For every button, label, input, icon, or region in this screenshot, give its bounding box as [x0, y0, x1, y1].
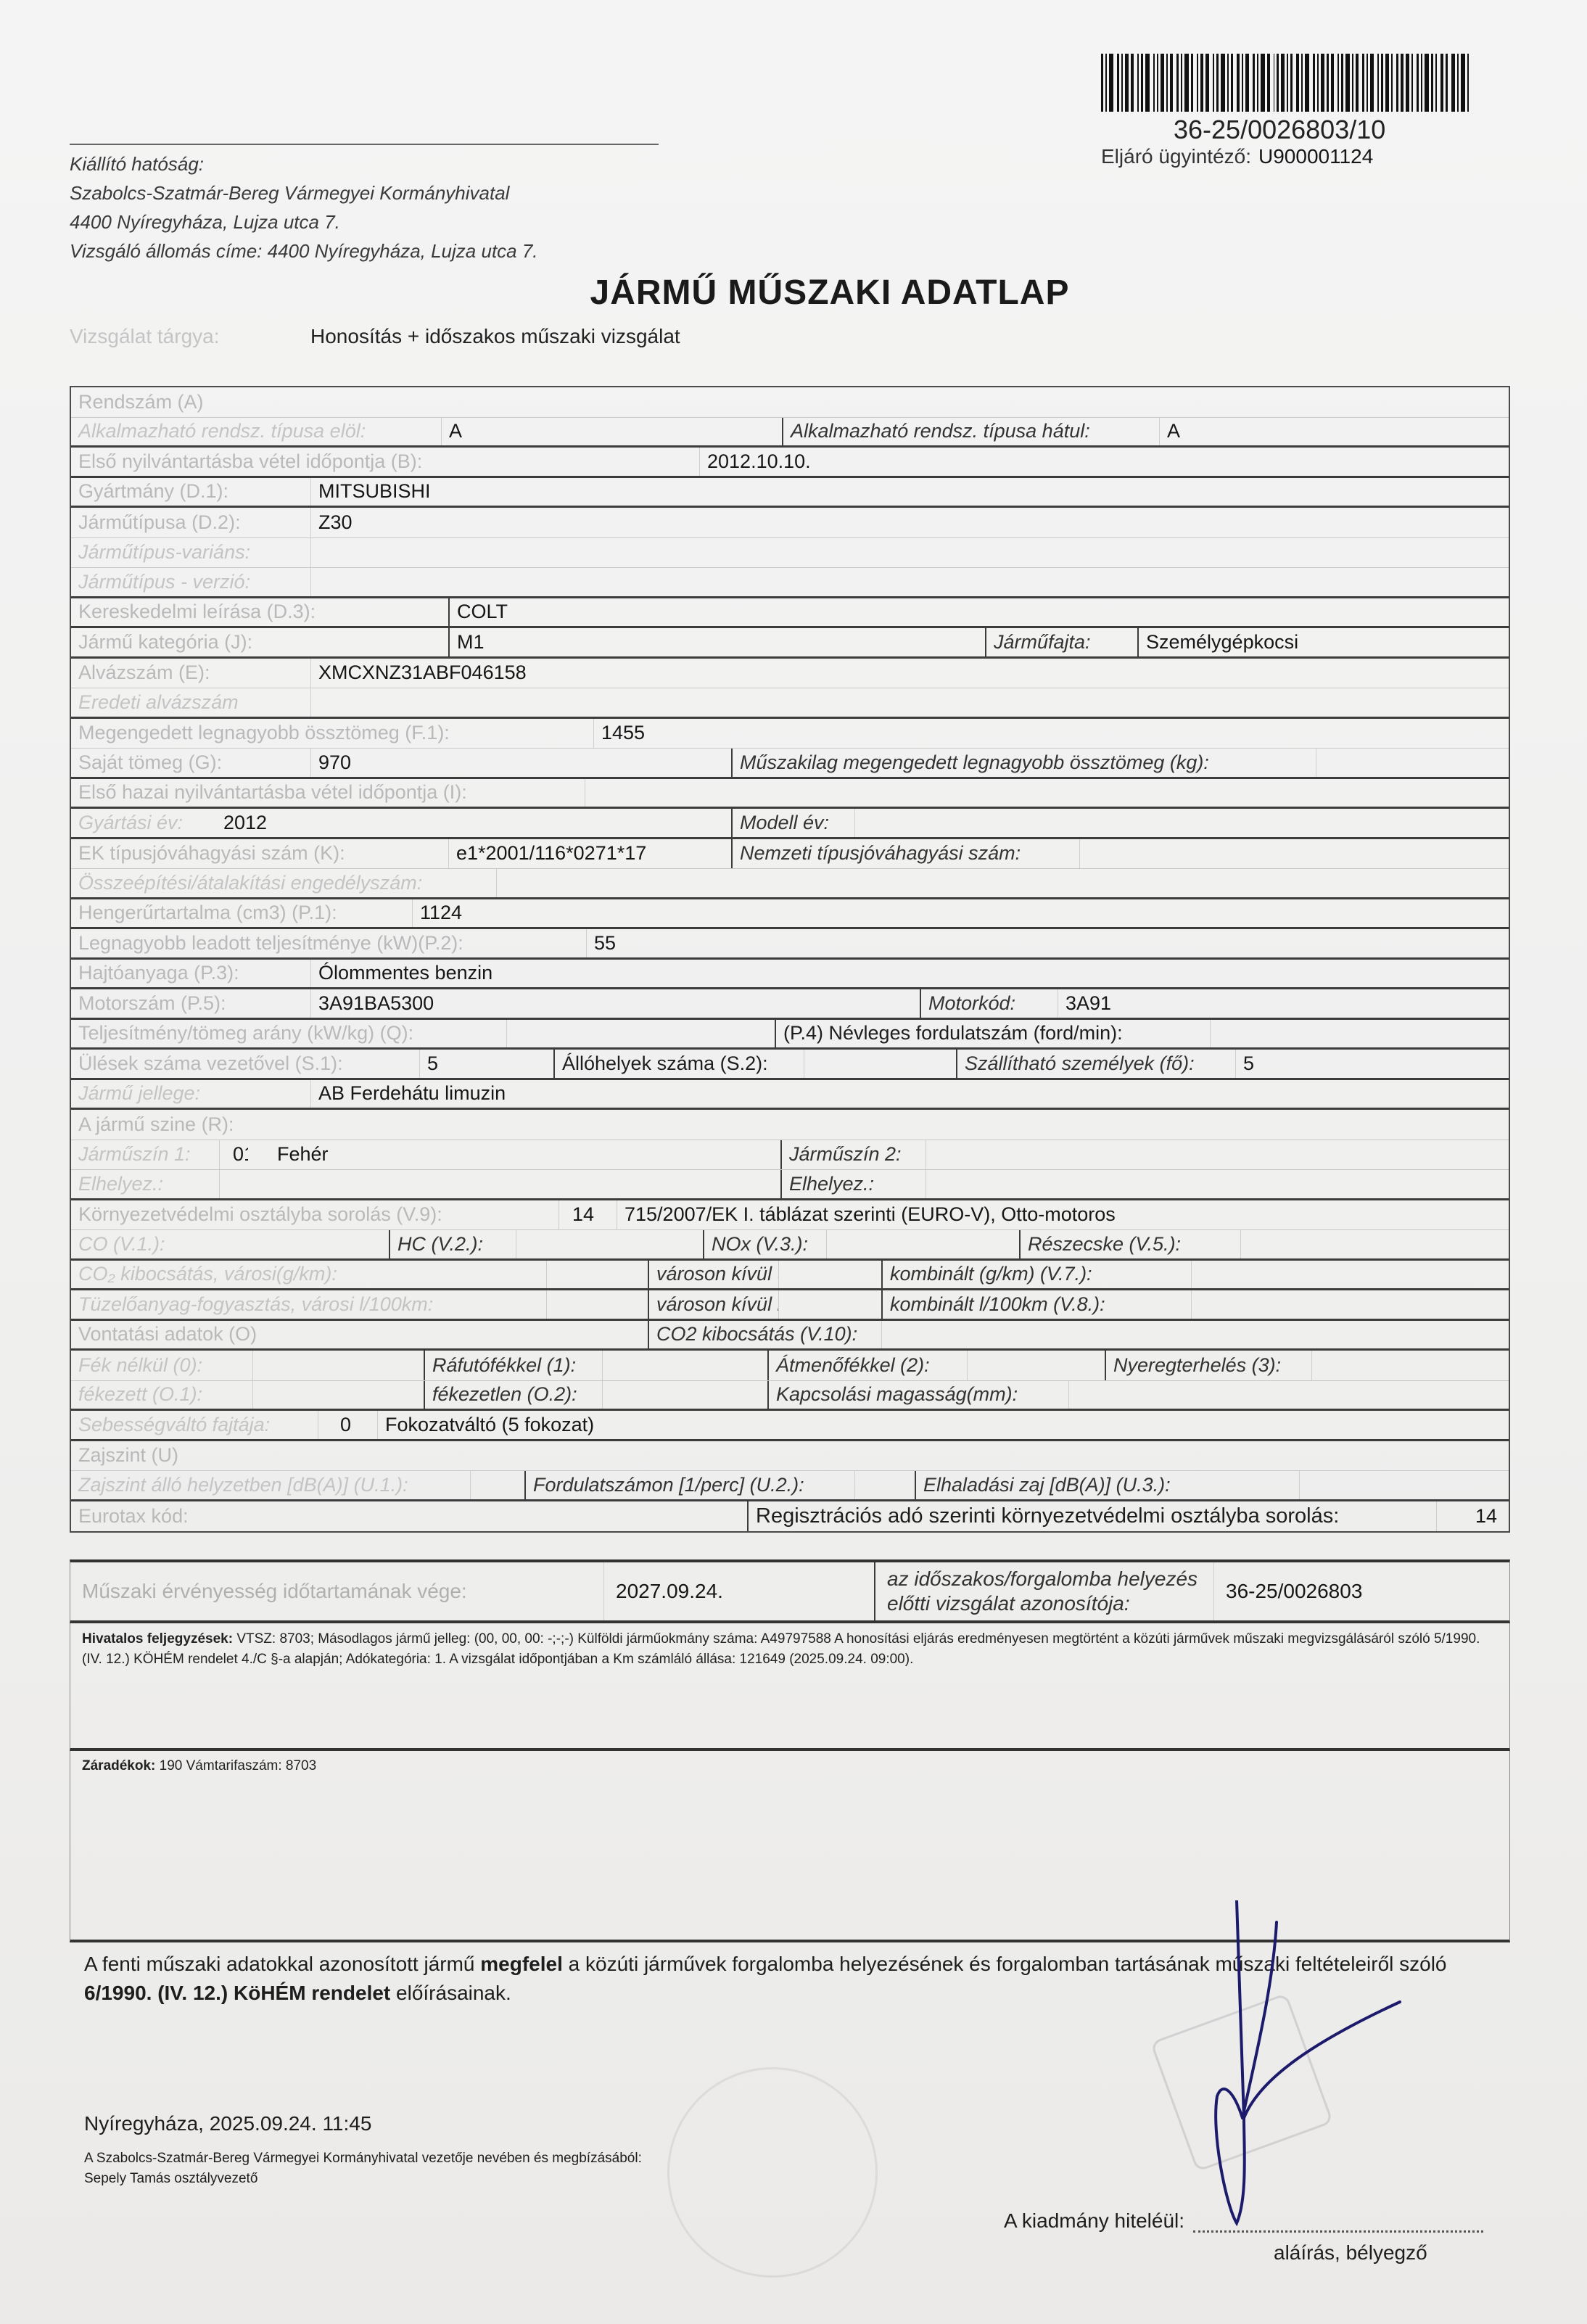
- national-approval-value: [1079, 839, 1509, 869]
- row-ec-approval: EK típusjóváhagyási szám (K): e1*2001/11…: [71, 839, 1509, 870]
- row-power: Legnagyobb leadott teljesítménye (kW)(P.…: [71, 929, 1509, 960]
- row-brakes: Fék nélkül (0): Ráfutófékkel (1): Átmenő…: [71, 1351, 1509, 1381]
- model-year-label: Modell év:: [731, 809, 854, 837]
- braked-value: [252, 1381, 424, 1409]
- barcode-bar: [1356, 54, 1359, 112]
- noise-stat-value: [470, 1471, 524, 1499]
- barcode-bar: [1205, 54, 1209, 112]
- passengers-value: 5: [1235, 1050, 1509, 1078]
- engine-no-value: 3A91BA5300: [310, 989, 920, 1018]
- fuel-value: Ólommentes benzin: [310, 960, 1509, 988]
- unbraked-label: fékezetlen (O.2):: [424, 1381, 602, 1409]
- notes-text: VTSZ: 8703; Másodlagos jármű jelleg: (00…: [82, 1631, 1480, 1667]
- power-value: 55: [586, 929, 1509, 957]
- row-engine: Motorszám (P.5): 3A91BA5300 Motorkód: 3A…: [71, 989, 1509, 1020]
- trade-value: COLT: [448, 598, 1509, 627]
- co2-comb-value: [1191, 1261, 1509, 1289]
- own-mass-label: Saját tömeg (G):: [71, 749, 310, 777]
- attestation-line: A kiadmány hiteléül:: [1004, 2209, 1483, 2233]
- nobrake-value: [252, 1351, 424, 1380]
- rpm-label: (P.4) Névleges fordulatszám (ford/min):: [775, 1020, 1210, 1048]
- barcode-bar: [1242, 54, 1243, 112]
- barcode-bar: [1313, 54, 1315, 112]
- noise-label: Zajszint (U): [71, 1441, 361, 1471]
- barcode-bar: [1461, 54, 1465, 112]
- placement1-label: Elhelyez.:: [71, 1170, 219, 1198]
- row-year: Gyártási év: 2012 Modell év:: [71, 809, 1509, 839]
- saddle-label: Nyeregterhelés (3):: [1105, 1351, 1311, 1380]
- barcode-bar: [1290, 54, 1293, 112]
- placement1-value: [219, 1170, 780, 1198]
- barcode-bar: [1367, 54, 1368, 112]
- barcode-bar: [1221, 54, 1225, 112]
- row-emissions: CO (V.1.): HC (V.2.): NOx (V.3.): Részec…: [71, 1230, 1509, 1261]
- color2-value: [926, 1140, 1509, 1170]
- signature-icon: [1088, 1900, 1465, 2263]
- power-label: Legnagyobb leadott teljesítménye (kW)(P.…: [71, 929, 586, 957]
- barcode-bar: [1337, 54, 1339, 112]
- barcode-bar: [1296, 54, 1299, 112]
- barcode-bar: [1281, 54, 1285, 112]
- row-vin: Alvázszám (E): XMCXNZ31ABF046158: [71, 659, 1509, 689]
- displacement-value: 1124: [412, 899, 1509, 928]
- barcode-bar: [1176, 54, 1179, 112]
- inspection-label-line1: az időszakos/forgalomba helyezés: [887, 1567, 1198, 1591]
- through-label: Átmenőfékkel (2):: [767, 1351, 967, 1380]
- noise-rpm-label: Fordulatszámon [1/perc] (U.2.):: [524, 1471, 854, 1499]
- row-color: A jármű szine (R):: [71, 1110, 1509, 1140]
- orig-vin-label: Eredeti alvázszám: [71, 688, 310, 717]
- engine-code-value: 3A91: [1058, 989, 1509, 1018]
- conversion-label: Összeépítési/átalakítási engedélyszám:: [71, 869, 496, 897]
- category-label: Jármű kategória (J):: [71, 628, 448, 656]
- official-notes: Hivatalos feljegyzések: VTSZ: 8703; Máso…: [70, 1623, 1510, 1751]
- row-eurotax: Eurotax kód: Regisztrációs adó szerinti …: [71, 1501, 1509, 1532]
- nox-label: NOx (V.3.):: [703, 1230, 826, 1258]
- seats-label: Ülések száma vezetővel (S.1):: [71, 1050, 419, 1078]
- conformity-text-3: előírásainak.: [390, 1982, 511, 2004]
- seats-value: 5: [419, 1050, 553, 1078]
- conformity-regulation: 6/1990. (IV. 12.) KöHÉM rendelet: [84, 1982, 390, 2004]
- barcode-bar: [1181, 54, 1182, 112]
- barcode-bar: [1411, 54, 1413, 112]
- gearbox-code: 0: [318, 1411, 377, 1439]
- noise-pass-label: Elhaladási zaj [dB(A)] (U.3.):: [915, 1471, 1299, 1499]
- first-dom-reg-label: Első hazai nyilvántartásba vétel időpont…: [71, 779, 585, 807]
- row-plate-types: Alkalmazható rendsz. típusa elöl: A Alka…: [71, 418, 1509, 448]
- gearbox-label: Sebességváltó fajtája:: [71, 1411, 318, 1439]
- barcode-bar: [1287, 54, 1288, 112]
- barcode-bar: [1253, 54, 1255, 112]
- row-color-1: Járműszín 1: 01 Fehér Járműszín 2:: [71, 1140, 1509, 1171]
- validity-block: Műszaki érvényesség időtartamának vége: …: [70, 1559, 1510, 1623]
- type-label: Járműtípusa (D.2):: [71, 508, 310, 537]
- max-mass-value: 1455: [593, 719, 1509, 749]
- barcode-bar: [1170, 54, 1173, 112]
- behalf-block: A Szabolcs-Szatmár-Bereg Vármegyei Kormá…: [84, 2148, 642, 2189]
- row-max-mass: Megengedett legnagyobb össztömeg (F.1): …: [71, 719, 1509, 749]
- barcode-bar: [1213, 54, 1214, 112]
- conformity-verdict: megfelel: [480, 1953, 563, 1975]
- reg-tax-value: 14: [1436, 1501, 1509, 1532]
- national-approval-label: Nemzeti típusjóváhagyási szám:: [731, 839, 1079, 869]
- env-class-code: 14: [558, 1200, 617, 1230]
- header-rule: [70, 144, 659, 145]
- row-make: Gyártmány (D.1): MITSUBISHI: [71, 478, 1509, 508]
- barcode-bar: [1321, 54, 1324, 112]
- noise-rpm-value: [854, 1471, 915, 1499]
- co2-extra-label: városon kívül (g/km):: [648, 1261, 778, 1289]
- barcode-bar: [1121, 54, 1123, 112]
- clerk-value: U900001124: [1258, 145, 1373, 168]
- plate-label: Rendszám (A): [71, 387, 204, 417]
- document-page: Kiállító hatóság: Szabolcs-Szatmár-Bereg…: [0, 0, 1587, 2324]
- max-mass-label: Megengedett legnagyobb össztömeg (F.1):: [71, 719, 593, 749]
- inspection-id-label: az időszakos/forgalomba helyezés előtti …: [874, 1562, 1213, 1620]
- barcode-bar: [1417, 54, 1419, 112]
- eurotax-label: Eurotax kód:: [71, 1501, 747, 1532]
- barcode-bar: [1431, 54, 1433, 112]
- validity-value: 2027.09.24.: [603, 1562, 874, 1620]
- row-own-mass: Saját tömeg (G): 970 Műszakilag megenged…: [71, 749, 1509, 779]
- env-class-label: Környezetvédelmi osztályba sorolás (V.9)…: [71, 1200, 558, 1230]
- fuel-city-label: Tüzelőanyag-fogyasztás, városi l/100km:: [71, 1290, 546, 1319]
- barcode-bar: [1377, 54, 1379, 112]
- barcode-bar: [1385, 54, 1390, 112]
- plate-rear-value: A: [1159, 418, 1509, 446]
- tech-max-mass-label: Műszakilag megengedett legnagyobb össztö…: [731, 749, 1316, 777]
- row-displacement: Hengerűrtartalma (cm3) (P.1): 1124: [71, 899, 1509, 930]
- row-version: Járműtípus - verzió:: [71, 568, 1509, 598]
- own-mass-value: 970: [310, 749, 731, 777]
- barcode-bar: [1145, 54, 1150, 112]
- row-power-mass: Teljesítmény/tömeg arány (kW/kg) (Q): (P…: [71, 1020, 1509, 1050]
- barcode-bar: [1191, 54, 1193, 112]
- power-mass-label: Teljesítmény/tömeg arány (kW/kg) (Q):: [71, 1020, 506, 1048]
- barcode-bar: [1257, 54, 1258, 112]
- barcode-bar: [1440, 54, 1443, 112]
- color-label: A jármű szine (R):: [71, 1110, 434, 1140]
- place-date: Nyíregyháza, 2025.09.24. 11:45: [84, 2112, 371, 2135]
- barcode-bar: [1362, 54, 1364, 112]
- barcode-bar: [1267, 54, 1270, 112]
- barcode-bar: [1274, 54, 1275, 112]
- variant-value: [310, 538, 1509, 568]
- fuel-comb-value: [1191, 1290, 1509, 1319]
- barcode-bar: [1231, 54, 1233, 112]
- barcode-bar: [1157, 54, 1159, 112]
- year-label: Gyártási év:: [71, 809, 216, 837]
- station-address: Vizsgáló állomás címe: 4400 Nyíregyháza,…: [70, 236, 538, 265]
- placement2-value: [926, 1170, 1509, 1198]
- engine-code-label: Motorkód:: [920, 989, 1058, 1018]
- model-year-value: [854, 809, 1509, 837]
- row-gearbox: Sebességváltó fajtája: 0 Fokozatváltó (5…: [71, 1411, 1509, 1441]
- rpm-value: [1210, 1020, 1509, 1048]
- gearbox-value: Fokozatváltó (5 fokozat): [377, 1411, 1509, 1439]
- noise-stat-label: Zajszint álló helyzetben [dB(A)] (U.1.):: [71, 1471, 470, 1499]
- row-conversion: Összeépítési/átalakítási engedélyszám:: [71, 869, 1509, 899]
- barcode-bar: [1200, 54, 1203, 112]
- coupling-value: [1068, 1381, 1509, 1409]
- barcode-bar: [1352, 54, 1353, 112]
- barcode-bar: [1153, 54, 1155, 112]
- fuel-city-value: [546, 1290, 648, 1319]
- first-dom-reg-value: [585, 779, 1509, 807]
- row-trailer-mass: fékezett (O.1): fékezetlen (O.2): Kapcso…: [71, 1381, 1509, 1412]
- issuer-address: 4400 Nyíregyháza, Lujza utca 7.: [70, 207, 538, 236]
- barcode-bar: [1391, 54, 1393, 112]
- nobrake-label: Fék nélkül (0):: [71, 1351, 252, 1380]
- color2-label: Járműszín 2:: [780, 1140, 926, 1170]
- behalf-text: A Szabolcs-Szatmár-Bereg Vármegyei Kormá…: [84, 2148, 642, 2169]
- year-value: 2012: [216, 809, 731, 837]
- row-variant: Járműtípus-variáns:: [71, 538, 1509, 569]
- ec-approval-label: EK típusjóváhagyási szám (K):: [71, 839, 448, 869]
- issuer-label: Kiállító hatóság:: [70, 149, 538, 178]
- plate-front-value: A: [441, 418, 782, 446]
- barcode-bar: [1446, 54, 1448, 112]
- towing-label: Vontatási adatok (O): [71, 1321, 648, 1349]
- issuer-block: Kiállító hatóság: Szabolcs-Szatmár-Bereg…: [70, 149, 538, 265]
- standing-label: Állóhelyek száma (S.2):: [553, 1050, 804, 1078]
- row-seats: Ülések száma vezetővel (S.1): 5 Állóhely…: [71, 1050, 1509, 1080]
- fuel-comb-label: kombinált l/100km (V.8.):: [881, 1290, 1191, 1319]
- barcode-bar: [1451, 54, 1455, 112]
- type-value: Z30: [310, 508, 1509, 537]
- unbraked-value: [602, 1381, 767, 1409]
- power-mass-value: [506, 1020, 775, 1048]
- barcode-bar: [1261, 54, 1265, 112]
- fuel-extra-value: [778, 1290, 881, 1319]
- row-noise: Zajszint (U): [71, 1441, 1509, 1472]
- co-label: CO (V.1.):: [71, 1230, 389, 1258]
- hc-label: HC (V.2.):: [389, 1230, 516, 1258]
- ec-approval-value: e1*2001/116*0271*17: [448, 839, 731, 869]
- version-value: [310, 568, 1509, 596]
- barcode-bar: [1184, 54, 1189, 112]
- conversion-value: [496, 869, 1509, 897]
- document-number: 36-25/0026803/10: [1174, 115, 1385, 145]
- barcode-bar: [1137, 54, 1139, 112]
- official-seal-icon: [667, 2067, 878, 2278]
- color1-code: 01: [219, 1140, 248, 1170]
- displacement-label: Hengerűrtartalma (cm3) (P.1):: [71, 899, 412, 928]
- first-reg-value: 2012.10.10.: [699, 448, 1509, 476]
- fuel-label: Hajtóanyaga (P.3):: [71, 960, 310, 988]
- barcode-bar: [1141, 54, 1143, 112]
- row-first-registration: Első nyilvántartásba vétel időpontja (B)…: [71, 448, 1509, 478]
- particle-label: Részecske (V.5.):: [1019, 1230, 1240, 1258]
- barcode-bar: [1277, 54, 1279, 112]
- barcode-bar: [1457, 54, 1459, 112]
- officer-name: Sepely Tamás osztályvezető: [84, 2169, 642, 2189]
- body-value: AB Ferdehátu limuzin: [310, 1080, 1509, 1108]
- body-label: Jármű jellege:: [71, 1080, 310, 1108]
- row-trade-name: Kereskedelmi leírása (D.3): COLT: [71, 598, 1509, 629]
- co2-extra-value: [778, 1261, 881, 1289]
- kind-label: Járműfajta:: [985, 628, 1137, 656]
- tech-max-mass-value: [1316, 749, 1509, 777]
- barcode-bar: [1341, 54, 1343, 112]
- orig-vin-value: [310, 688, 1509, 717]
- barcode-bar: [1109, 54, 1113, 112]
- barcode-bar: [1381, 54, 1383, 112]
- vin-label: Alvázszám (E):: [71, 659, 310, 688]
- barcode-bar: [1467, 54, 1469, 112]
- barcode-bar: [1216, 54, 1219, 112]
- vin-value: XMCXNZ31ABF046158: [310, 659, 1509, 688]
- plate-rear-label: Alkalmazható rendsz. típusa hátul:: [782, 418, 1159, 446]
- subject-value: Honosítás + időszakos műszaki vizsgálat: [310, 325, 680, 347]
- passengers-label: Szállítható személyek (fő):: [956, 1050, 1235, 1078]
- row-body: Jármű jellege: AB Ferdehátu limuzin: [71, 1080, 1509, 1111]
- env-class-value: 715/2007/EK I. táblázat szerinti (EURO-V…: [617, 1200, 1509, 1230]
- signature-dotted-line: [1193, 2215, 1483, 2233]
- row-first-domestic-reg: Első hazai nyilvántartásba vétel időpont…: [71, 779, 1509, 809]
- barcode-bar: [1197, 54, 1198, 112]
- inspection-subject: Vizsgálat tárgya:Honosítás + időszakos m…: [70, 325, 680, 348]
- row-type: Járműtípusa (D.2): Z30: [71, 508, 1509, 538]
- fuel-extra-label: városon kívül l/100km:: [648, 1290, 778, 1319]
- barcode-bar: [1245, 54, 1249, 112]
- subject-label: Vizsgálat tárgya:: [70, 325, 310, 348]
- barcode-bar: [1435, 54, 1437, 112]
- barcode-bar: [1396, 54, 1398, 112]
- barcode-bar: [1425, 54, 1429, 112]
- first-reg-label: Első nyilvántartásba vétel időpontja (B)…: [71, 448, 699, 476]
- barcode-bar: [1317, 54, 1319, 112]
- issuer-name: Szabolcs-Szatmár-Bereg Vármegyei Kormány…: [70, 178, 538, 207]
- barcode-bar: [1101, 54, 1103, 112]
- co2-v10-label: CO2 kibocsátás (V.10):: [648, 1321, 881, 1349]
- kind-value: Személygépkocsi: [1137, 628, 1509, 656]
- coupling-label: Kapcsolási magasság(mm):: [767, 1381, 1068, 1409]
- row-original-vin: Eredeti alvázszám: [71, 688, 1509, 719]
- barcode-bar: [1237, 54, 1240, 112]
- standing-value: [804, 1050, 956, 1078]
- clerk-label: Eljáró ügyintéző:: [1101, 145, 1251, 168]
- barcode-bar: [1166, 54, 1168, 112]
- braked-label: fékezett (O.1):: [71, 1381, 252, 1409]
- row-placement: Elhelyez.: Elhelyez.:: [71, 1170, 1509, 1200]
- barcode-bar: [1117, 54, 1119, 112]
- reg-tax-label: Regisztrációs adó szerinti környezetvéde…: [747, 1501, 1436, 1532]
- vehicle-data-table: Rendszám (A) Alkalmazható rendsz. típusa…: [70, 386, 1510, 1533]
- row-plate: Rendszám (A): [71, 387, 1509, 418]
- barcode-bar: [1327, 54, 1329, 112]
- engine-no-label: Motorszám (P.5):: [71, 989, 310, 1018]
- barcode: [1101, 54, 1471, 112]
- row-env-class: Környezetvédelmi osztályba sorolás (V.9)…: [71, 1200, 1509, 1231]
- barcode-bar: [1305, 54, 1309, 112]
- row-category: Jármű kategória (J): M1 Járműfajta: Szem…: [71, 628, 1509, 659]
- barcode-bar: [1345, 54, 1350, 112]
- barcode-bar: [1131, 54, 1134, 112]
- nox-value: [826, 1230, 1019, 1258]
- barcode-bar: [1421, 54, 1422, 112]
- notes-label: Hivatalos feljegyzések:: [82, 1631, 233, 1647]
- overrun-value: [602, 1351, 767, 1380]
- version-label: Járműtípus - verzió:: [71, 568, 310, 596]
- overrun-label: Ráfutófékkel (1):: [424, 1351, 602, 1380]
- make-label: Gyártmány (D.1):: [71, 478, 310, 506]
- noise-pass-value: [1299, 1471, 1509, 1499]
- clauses-label: Záradékok:: [82, 1758, 155, 1773]
- saddle-value: [1311, 1351, 1509, 1380]
- barcode-bar: [1406, 54, 1409, 112]
- placement2-label: Elhelyez.:: [780, 1170, 926, 1198]
- validity-label: Műszaki érvényesség időtartamának vége:: [70, 1562, 603, 1620]
- inspection-id-value: 36-25/0026803: [1213, 1562, 1509, 1620]
- row-fuel-consumption: Tüzelőanyag-fogyasztás, városi l/100km: …: [71, 1290, 1509, 1321]
- row-noise-values: Zajszint álló helyzetben [dB(A)] (U.1.):…: [71, 1471, 1509, 1501]
- trade-label: Kereskedelmi leírása (D.3):: [71, 598, 448, 627]
- co2-v10-value: [881, 1321, 1509, 1349]
- co2-city-value: [546, 1261, 648, 1289]
- row-fuel: Hajtóanyaga (P.3): Ólommentes benzin: [71, 960, 1509, 990]
- particle-value: [1240, 1230, 1509, 1258]
- plate-front-label: Alkalmazható rendsz. típusa elöl:: [71, 418, 441, 446]
- conformity-text-1: A fenti műszaki adatokkal azonosított já…: [84, 1953, 480, 1975]
- barcode-bar: [1125, 54, 1129, 112]
- inspection-label-line2: előtti vizsgálat azonosítója:: [887, 1591, 1130, 1616]
- barcode-bar: [1105, 54, 1107, 112]
- barcode-bar: [1370, 54, 1374, 112]
- clerk-line: Eljáró ügyintéző:U900001124: [1101, 145, 1373, 168]
- signature-caption: aláírás, bélyegző: [1274, 2241, 1427, 2265]
- hc-value: [516, 1230, 703, 1258]
- barcode-bar: [1161, 54, 1164, 112]
- barcode-bar: [1331, 54, 1334, 112]
- co2-city-label: CO₂ kibocsátás, városi(g/km):: [71, 1261, 546, 1289]
- co2-comb-label: kombinált (g/km) (V.7.):: [881, 1261, 1191, 1289]
- make-value: MITSUBISHI: [310, 478, 1509, 506]
- row-towing: Vontatási adatok (O) CO2 kibocsátás (V.1…: [71, 1321, 1509, 1351]
- row-co2: CO₂ kibocsátás, városi(g/km): városon kí…: [71, 1261, 1509, 1291]
- barcode-bar: [1227, 54, 1229, 112]
- color1-label: Járműszín 1:: [71, 1140, 219, 1170]
- variant-label: Járműtípus-variáns:: [71, 538, 310, 568]
- barcode-bar: [1401, 54, 1403, 112]
- page-title: JÁRMŰ MŰSZAKI ADATLAP: [0, 273, 1587, 313]
- barcode-bar: [1301, 54, 1303, 112]
- color1-value: Fehér: [248, 1140, 780, 1170]
- category-value: M1: [448, 628, 985, 656]
- attest-label: A kiadmány hiteléül:: [1004, 2209, 1184, 2232]
- through-value: [967, 1351, 1105, 1380]
- clauses-text: 190 Vámtarifaszám: 8703: [160, 1758, 317, 1773]
